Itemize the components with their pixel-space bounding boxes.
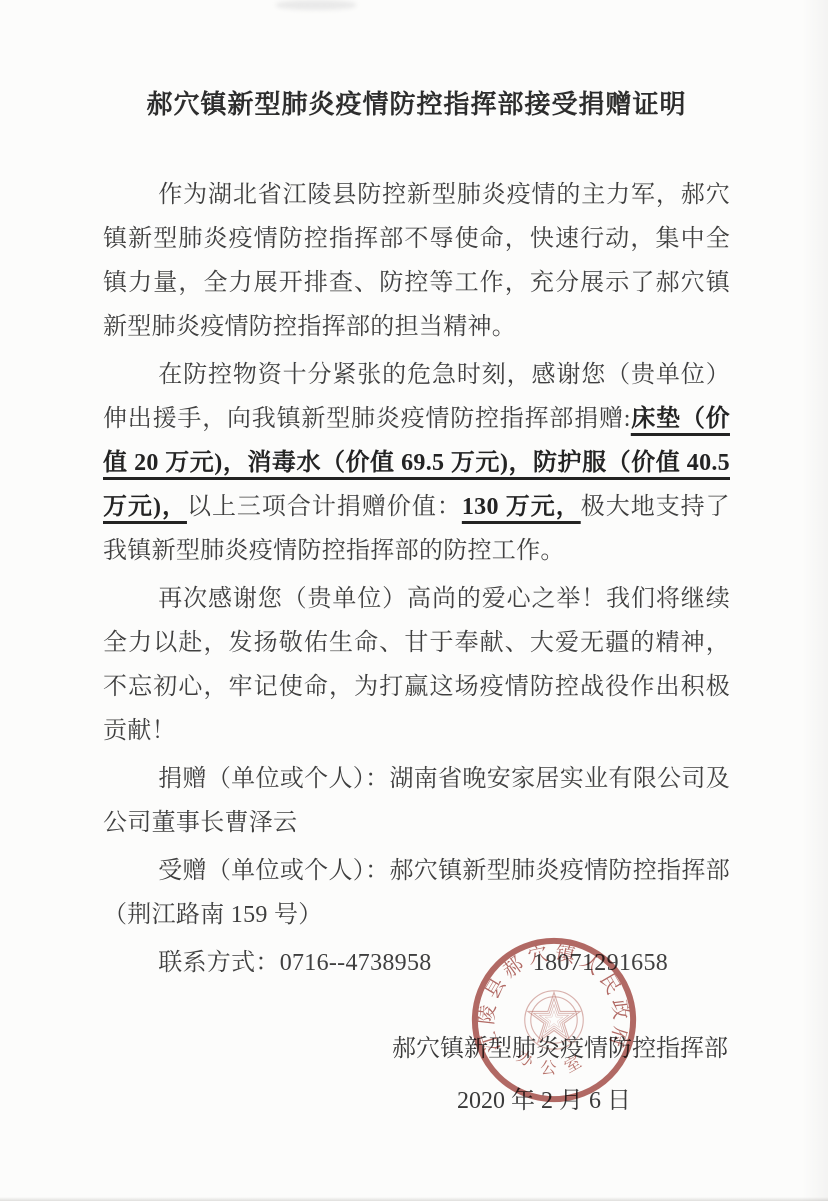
paragraph-recipient: 受赠（单位或个人）：郝穴镇新型肺炎疫情防控指挥部（荆江路南 159 号） bbox=[103, 849, 730, 937]
signature-date: 2020 年 2 月 6 日 bbox=[374, 1079, 714, 1123]
document-body: 作为湖北省江陵县防控新型肺炎疫情的主力军，郝穴镇新型肺炎疫情防控指挥部不辱使命，… bbox=[103, 173, 730, 985]
donor-line-text: 捐赠（单位或个人）：湖南省晚安家居实业有限公司及公司董事长曹泽云 bbox=[103, 766, 730, 836]
scanned-document-page: 郝穴镇新型肺炎疫情防控指挥部接受捐赠证明 作为湖北省江陵县防控新型肺炎疫情的主力… bbox=[0, 0, 828, 1201]
contact-phone-1: 0716--4738958 bbox=[280, 950, 432, 976]
donation-total-value-underlined: 130 万元， bbox=[462, 494, 581, 520]
scan-artifact-right-edge bbox=[802, 0, 828, 1201]
signature-org: 郝穴镇新型肺炎疫情防控指挥部 bbox=[390, 1027, 730, 1071]
paragraph-donation: 在防控物资十分紧张的危急时刻，感谢您（贵单位）伸出援手，向我镇新型肺炎疫情防控指… bbox=[103, 353, 730, 573]
closing-block: 郝穴镇新型肺炎疫情防控指挥部 2020 年 2 月 6 日 bbox=[390, 1027, 730, 1123]
paragraph-donor: 捐赠（单位或个人）：湖南省晚安家居实业有限公司及公司董事长曹泽云 bbox=[103, 757, 730, 845]
paragraph-intro-text: 作为湖北省江陵县防控新型肺炎疫情的主力军，郝穴镇新型肺炎疫情防控指挥部不辱使命，… bbox=[103, 182, 730, 340]
scan-artifact-smudge bbox=[276, 0, 356, 10]
paragraph-thanks-text: 再次感谢您（贵单位）高尚的爱心之举！我们将继续全力以赴，发扬敬佑生命、甘于奉献、… bbox=[103, 586, 730, 744]
paragraph-thanks: 再次感谢您（贵单位）高尚的爱心之举！我们将继续全力以赴，发扬敬佑生命、甘于奉献、… bbox=[103, 577, 730, 753]
recipient-line-text: 受赠（单位或个人）：郝穴镇新型肺炎疫情防控指挥部（荆江路南 159 号） bbox=[103, 858, 730, 928]
document-title: 郝穴镇新型肺炎疫情防控指挥部接受捐赠证明 bbox=[103, 84, 730, 121]
contact-label: 联系方式： bbox=[158, 950, 280, 976]
donation-total-label: 以上三项合计捐赠价值： bbox=[187, 494, 462, 520]
contact-phone-2: 18071291658 bbox=[478, 941, 669, 985]
scan-artifact-bottom-edge bbox=[0, 1197, 828, 1201]
paragraph-intro: 作为湖北省江陵县防控新型肺炎疫情的主力军，郝穴镇新型肺炎疫情防控指挥部不辱使命，… bbox=[103, 173, 730, 349]
paragraph-contact: 联系方式：0716--473895818071291658 bbox=[103, 941, 730, 985]
